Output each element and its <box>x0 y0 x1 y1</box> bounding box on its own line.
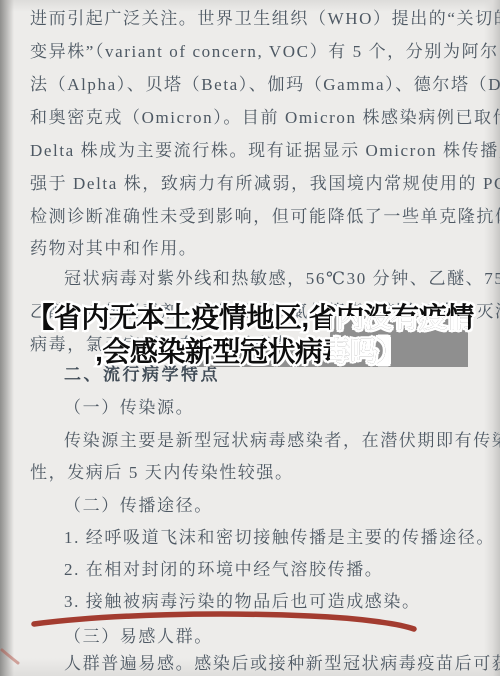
document-line: 性，发病后 5 天内传染性较强。 <box>30 462 470 483</box>
document-line: 法（Alpha）、贝塔（Beta）、伽玛（Gamma）、德尔塔（Delta） <box>30 74 470 95</box>
document-line: 2. 在相对封闭的环境中经气溶胶传播。 <box>30 559 500 580</box>
document-line: 强于 Delta 株，致病力有所减弱，我国境内常规使用的 PCR <box>30 173 470 194</box>
document-line: 1. 经呼吸道飞沫和密切接触传播是主要的传播途径。 <box>30 527 500 548</box>
document-line: 药物对其中和作用。 <box>30 238 470 259</box>
document-line: 冠状病毒对紫外线和热敏感，56℃30 分钟、乙醚、75% <box>30 268 500 289</box>
document-line: （一）传染源。 <box>30 397 500 418</box>
document-line: 人群普遍易感。感染后或接种新型冠状病毒疫苗后可获 <box>30 653 500 674</box>
document-line: 3. 接触被病毒污染的物品后也可造成感染。 <box>30 591 500 612</box>
document-line: 和奥密克戎（Omicron）。目前 Omicron 株感染病例已取代 <box>30 107 470 128</box>
document-line: 传染源主要是新型冠状病毒感染者，在潜伏期即有传染 <box>30 430 500 451</box>
document-line: 检测诊断准确性未受到影响，但可能降低了一些单克隆抗体 <box>30 206 470 227</box>
document-line: （三）易感人群。 <box>30 626 500 647</box>
document-line: 变异株”（variant of concern, VOC）有 5 个，分别为阿尔 <box>30 41 470 62</box>
document-line: 进而引起广泛关注。世界卫生组织（WHO）提出的“关切的 <box>30 8 470 29</box>
document-line: （二）传播途径。 <box>30 495 500 516</box>
document-line: Delta 株成为主要流行株。现有证据显示 Omicron 株传播力 <box>30 140 470 161</box>
scanned-document-page: 进而引起广泛关注。世界卫生组织（WHO）提出的“关切的变异株”（variant … <box>0 0 500 676</box>
